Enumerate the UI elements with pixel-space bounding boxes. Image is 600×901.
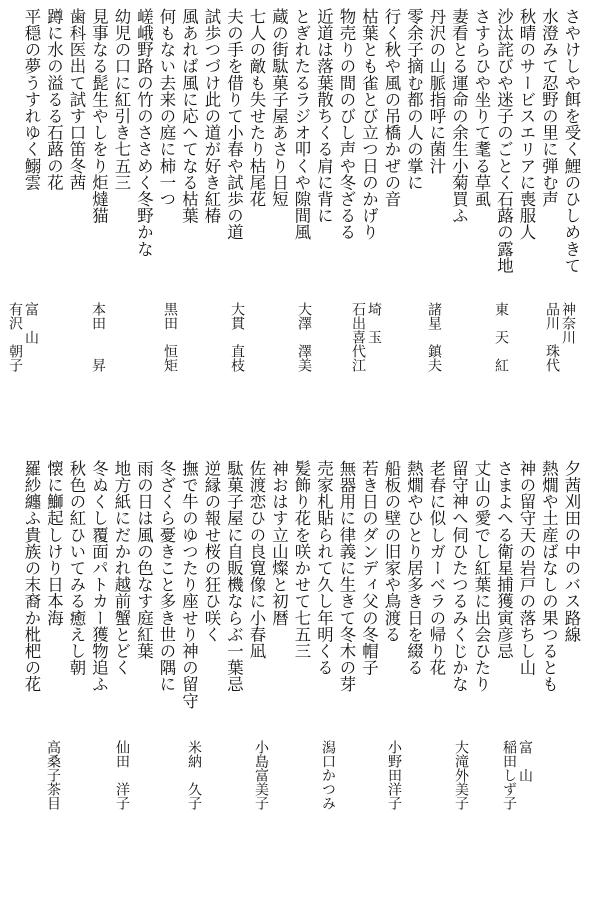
haiku-line: 熱燗やひとり居多き日を綴る (405, 460, 423, 676)
haiku-line: 夕茜刈田の中のバス路線 (562, 460, 580, 643)
haiku-line: 歯科医出て試す口笛冬茜 (67, 8, 85, 191)
haiku-line: 地方紙にだかれ越前蟹とどく (112, 460, 130, 676)
haiku-line: とぎれたるラジオ叩くや隙間風 (292, 8, 310, 240)
haiku-line: さまよへる衛星捕獲寅彦忌 (495, 460, 513, 659)
haiku-line: 冬ざくら憂きこと多き世の隅に (157, 460, 175, 692)
author-credit: 富 山有沢 朝子 (23, 302, 39, 372)
author-name: 仙田 洋子 (114, 740, 130, 810)
author-credit: 諸星 鎮夫 (426, 302, 442, 372)
haiku-line: 神おはす立山燦と初暦 (270, 460, 288, 626)
haiku-line: 佐渡恋ひの良寛像に小春凪 (247, 460, 265, 659)
haiku-line: 留守神へ伺ひたつるみくじかな (450, 460, 468, 692)
haiku-line: 幼児の口に紅引き七五三 (112, 8, 130, 191)
haiku-line: 沙汰詫びや迷子のごとく石蕗の露地 (495, 8, 513, 274)
author-credit: 大貫 直枝 (229, 302, 245, 372)
author-credit: 神奈川品川 珠代 (560, 302, 576, 372)
author-credit: 高桑子茶目 (45, 740, 61, 810)
haiku-line: 雨の日は風の色なす庭紅葉 (135, 460, 153, 659)
haiku-line: 蔵の街駄菓子屋あさり日短 (270, 8, 288, 207)
haiku-line: 秋晴のサービスエリアに喪服人 (517, 8, 535, 240)
haiku-line: 若き日のダンディ父の冬帽子 (360, 460, 378, 676)
author-name: 米納 久子 (186, 740, 202, 810)
haiku-line: 近道は落葉散ちくる肩に背に (315, 8, 333, 224)
haiku-line: 髪飾り花を咲かせて七五三 (292, 460, 310, 659)
author-name: 稲田しず子 (501, 740, 517, 810)
haiku-line: 見事なる髭生やしをり炬燵猫 (90, 8, 108, 224)
author-name: 石出喜代江 (350, 302, 366, 372)
author-credit: 小野田洋子 (386, 740, 402, 810)
haiku-line: さやけしや餌を受く鯉のひしめきて (562, 8, 580, 274)
author-name: 小島富美子 (253, 740, 269, 810)
haiku-line: 丹沢の山脈指呼に菌汁 (427, 8, 445, 174)
author-prefecture: 埼 玉 (366, 302, 382, 350)
haiku-line: 何もない去来の庭に柿一つ (157, 8, 175, 207)
author-prefecture: 富 山 (517, 740, 533, 788)
haiku-line: 風あれば風に応へてなる枯葉 (180, 8, 198, 224)
haiku-line: 試歩つづけ此の道が好き紅椿 (202, 8, 220, 224)
author-name: 黒田 恒矩 (162, 302, 178, 372)
author-credit: 東 天 紅 (493, 302, 509, 372)
author-name: 大滝外美子 (453, 740, 469, 810)
author-prefecture: 神奈川 (560, 302, 576, 350)
author-credit: 黒田 恒矩 (162, 302, 178, 372)
haiku-line: 無器用に律義に生きて冬木の芽 (337, 460, 355, 692)
haiku-line: 船板の壁の旧家や鳥渡る (382, 460, 400, 643)
haiku-line: 平穏の夢うすれゆく鰯雲 (22, 8, 40, 191)
haiku-line: 冬ぬくし覆面パトカー獲物追ふ (90, 460, 108, 692)
haiku-line: 老春に似しガーベラの帰り花 (427, 460, 445, 676)
author-name: 大貫 直枝 (229, 302, 245, 372)
author-credit: 小島富美子 (253, 740, 269, 810)
author-prefecture: 富 山 (23, 302, 39, 350)
haiku-line: 懐に鰤起しけり日本海 (45, 460, 63, 626)
author-credit: 大滝外美子 (453, 740, 469, 810)
haiku-line: 嵯峨野路の竹のささめく冬野かな (135, 8, 153, 257)
haiku-line: 売家札貼られて久し年明くる (315, 460, 333, 676)
author-name: 東 天 紅 (493, 302, 509, 372)
haiku-line: 夫の手を借りて小春や試歩の道 (225, 8, 243, 240)
author-credit: 大澤 澤美 (296, 302, 312, 372)
author-name: 有沢 朝子 (7, 302, 23, 372)
haiku-line: 駄菓子屋に自販機ならぶ一葉忌 (225, 460, 243, 692)
haiku-line: 神の留守天の岩戸の落ちし山 (517, 460, 535, 676)
haiku-line: 撫で牛のゆつたり座せり神の留守 (180, 460, 198, 709)
haiku-line: 丈山の愛でし紅葉に出会ひたり (472, 460, 490, 692)
author-name: 品川 珠代 (544, 302, 560, 372)
haiku-line: 七人の敵も失せたり枯尾花 (247, 8, 265, 207)
haiku-line: 蹲に水の溢るる石蕗の花 (45, 8, 63, 191)
haiku-line: 水澄みて忍野の里に弾む声 (540, 8, 558, 207)
author-credit: 富 山稲田しず子 (517, 740, 533, 810)
author-credit: 本田 昇 (90, 302, 106, 372)
bottom-section: 夕茜刈田の中のバス路線熱燗や土産ばなしの果つるとも神の留守天の岩戸の落ちし山さま… (0, 450, 600, 901)
haiku-line: 逆縁の報せ桜の狂ひ咲く (202, 460, 220, 643)
author-name: 本田 昇 (90, 302, 106, 372)
author-credit: 潟口かつみ (320, 740, 336, 810)
author-name: 高桑子茶目 (45, 740, 61, 810)
haiku-line: 枯葉とも雀とび立つ日のかげり (360, 8, 378, 240)
haiku-line: 物売りの間のびし声や冬ざるる (337, 8, 355, 240)
author-credit: 米納 久子 (186, 740, 202, 810)
author-credit: 仙田 洋子 (114, 740, 130, 810)
haiku-line: 妻看とる運命の余生小菊買ふ (450, 8, 468, 224)
author-credit: 埼 玉石出喜代江 (366, 302, 382, 372)
author-name: 小野田洋子 (386, 740, 402, 810)
author-name: 大澤 澤美 (296, 302, 312, 372)
haiku-line: 行く秋や風の吊橋かぜの音 (382, 8, 400, 207)
haiku-line: 羅紗纏ふ貴族の末裔か枇杷の花 (22, 460, 40, 692)
author-name: 潟口かつみ (320, 740, 336, 810)
author-name: 諸星 鎮夫 (426, 302, 442, 372)
haiku-line: 熱燗や土産ばなしの果つるとも (540, 460, 558, 692)
haiku-line: 零余子摘む都の人の掌に (405, 8, 423, 191)
top-section: さやけしや餌を受く鯉のひしめきて水澄みて忍野の里に弾む声秋晴のサービスエリアに喪… (0, 0, 600, 450)
haiku-line: さすらひや坐りて耄る草虱 (472, 8, 490, 207)
haiku-line: 秋色の紅ひいてみる癒えし朝 (67, 460, 85, 676)
